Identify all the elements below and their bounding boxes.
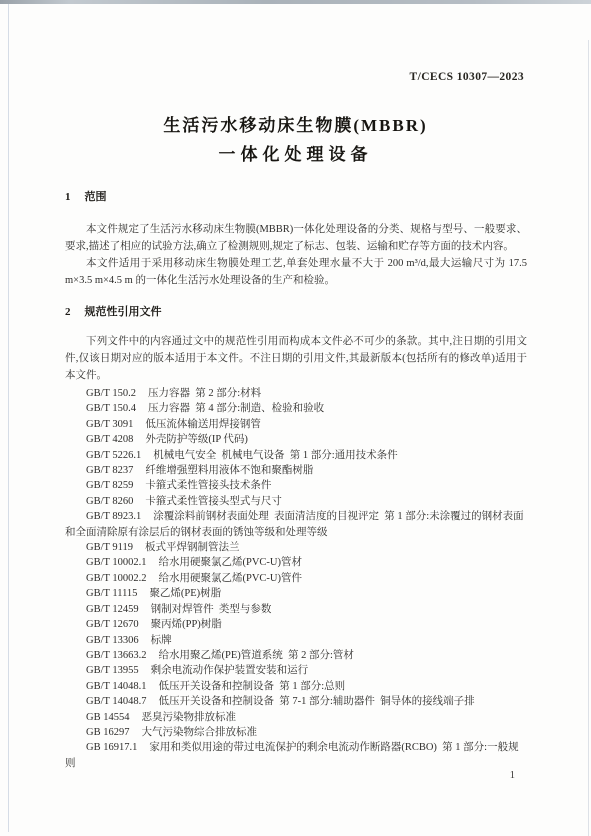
reference-item: GB/T 9119板式平焊钢制管法兰 (65, 540, 527, 555)
section-scope-number: 1 (65, 191, 71, 203)
reference-code: GB 14554 (86, 712, 129, 723)
reference-code: GB/T 13663.2 (86, 650, 146, 661)
reference-item: GB/T 3091低压流体输送用焊接钢管 (65, 417, 527, 432)
reference-title: 给水用聚乙烯(PE)管道系统 第 2 部分:管材 (158, 650, 353, 661)
reference-item: GB/T 12670聚丙烯(PP)树脂 (65, 617, 527, 632)
reference-code: GB 16917.1 (86, 742, 137, 753)
reference-item: GB/T 10002.1给水用硬聚氯乙烯(PVC-U)管材 (65, 555, 527, 570)
reference-title: 低压流体输送用焊接钢管 (145, 419, 261, 430)
document-title: 生活污水移动床生物膜(MBBR) 一体化处理设备 (0, 111, 591, 169)
section-scope-heading: 1范围 (65, 190, 527, 205)
reference-item: GB/T 8923.1涂覆涂料前钢材表面处理 表面清洁度的目视评定 第 1 部分… (65, 509, 527, 540)
reference-item: GB/T 5226.1机械电气安全 机械电气设备 第 1 部分:通用技术条件 (65, 448, 527, 463)
reference-code: GB/T 12670 (86, 619, 139, 630)
reference-title: 压力容器 第 2 部分:材料 (148, 388, 261, 399)
reference-code: GB/T 12459 (86, 604, 139, 615)
document-title-line2: 一体化处理设备 (0, 140, 591, 169)
reference-code: GB/T 13955 (86, 665, 139, 676)
page-content: 1范围 本文件规定了生活污水移动床生物膜(MBBR)一体化处理设备的分类、规格与… (65, 190, 527, 771)
reference-item: GB/T 13955剩余电流动作保护装置安装和运行 (65, 663, 527, 678)
reference-code: GB/T 14048.1 (86, 681, 146, 692)
references-intro: 下列文件中的内容通过文中的规范性引用而构成本文件必不可少的条款。其中,注日期的引… (65, 333, 527, 384)
reference-title: 低压开关设备和控制设备 第 7-1 部分:辅助器件 铜导体的接线端子排 (158, 696, 474, 707)
reference-title: 机械电气安全 机械电气设备 第 1 部分:通用技术条件 (153, 450, 397, 461)
reference-code: GB/T 5226.1 (86, 450, 141, 461)
reference-item: GB 14554恶臭污染物排放标准 (65, 710, 527, 725)
reference-title: 卡箍式柔性管接头技术条件 (145, 480, 271, 491)
references-list: GB/T 150.2压力容器 第 2 部分:材料 GB/T 150.4压力容器 … (65, 386, 527, 771)
reference-item: GB/T 4208外壳防护等级(IP 代码) (65, 432, 527, 447)
reference-item: GB/T 150.2压力容器 第 2 部分:材料 (65, 386, 527, 401)
scan-top-edge (0, 0, 591, 4)
reference-code: GB/T 8260 (86, 496, 133, 507)
reference-title: 钢制对焊管件 类型与参数 (151, 604, 272, 615)
section-scope-title: 范围 (85, 191, 107, 203)
section-references-heading: 2规范性引用文件 (65, 305, 527, 320)
reference-title: 压力容器 第 4 部分:制造、检验和验收 (148, 403, 324, 414)
reference-item: GB/T 13306标牌 (65, 633, 527, 648)
reference-code: GB/T 150.2 (86, 388, 136, 399)
reference-code: GB/T 4208 (86, 434, 133, 445)
document-title-line1: 生活污水移动床生物膜(MBBR) (0, 111, 591, 140)
reference-title: 纤维增强塑料用液体不饱和聚酯树脂 (145, 465, 313, 476)
reference-code: GB/T 9119 (86, 542, 133, 553)
reference-code: GB/T 10002.2 (86, 573, 146, 584)
reference-title: 标牌 (151, 635, 172, 646)
reference-title: 板式平焊钢制管法兰 (145, 542, 240, 553)
reference-item: GB/T 14048.1低压开关设备和控制设备 第 1 部分:总则 (65, 679, 527, 694)
reference-code: GB 16297 (86, 727, 129, 738)
scope-paragraph-1: 本文件规定了生活污水移动床生物膜(MBBR)一体化处理设备的分类、规格与型号、一… (65, 221, 527, 255)
reference-code: GB/T 8923.1 (86, 511, 141, 522)
reference-title: 低压开关设备和控制设备 第 1 部分:总则 (158, 681, 345, 692)
reference-item: GB/T 8259卡箍式柔性管接头技术条件 (65, 478, 527, 493)
reference-code: GB/T 13306 (86, 635, 139, 646)
reference-title: 外壳防护等级(IP 代码) (145, 434, 248, 445)
reference-item: GB/T 13663.2给水用聚乙烯(PE)管道系统 第 2 部分:管材 (65, 648, 527, 663)
reference-code: GB/T 150.4 (86, 403, 136, 414)
reference-code: GB/T 14048.7 (86, 696, 146, 707)
section-references-title: 规范性引用文件 (85, 306, 162, 318)
reference-code: GB/T 3091 (86, 419, 133, 430)
reference-item: GB/T 8260卡箍式柔性管接头型式与尺寸 (65, 494, 527, 509)
reference-title: 卡箍式柔性管接头型式与尺寸 (145, 496, 282, 507)
standard-code: T/CECS 10307—2023 (410, 71, 524, 83)
reference-item: GB/T 12459钢制对焊管件 类型与参数 (65, 602, 527, 617)
reference-title: 聚乙烯(PE)树脂 (149, 588, 221, 599)
reference-title: 恶臭污染物排放标准 (141, 712, 236, 723)
scope-paragraph-2: 本文件适用于采用移动床生物膜处理工艺,单套处理水量不大于 200 m³/d,最大… (65, 255, 527, 289)
document-page: T/CECS 10307—2023 生活污水移动床生物膜(MBBR) 一体化处理… (0, 0, 591, 836)
reference-item: GB/T 11115聚乙烯(PE)树脂 (65, 586, 527, 601)
reference-title: 给水用硬聚氯乙烯(PVC-U)管件 (158, 573, 302, 584)
reference-code: GB/T 8259 (86, 480, 133, 491)
page-number: 1 (510, 770, 515, 781)
reference-title: 大气污染物综合排放标准 (141, 727, 257, 738)
reference-title: 给水用硬聚氯乙烯(PVC-U)管材 (158, 557, 302, 568)
reference-code: GB/T 10002.1 (86, 557, 146, 568)
reference-title: 剩余电流动作保护装置安装和运行 (151, 665, 309, 676)
reference-item: GB/T 14048.7低压开关设备和控制设备 第 7-1 部分:辅助器件 铜导… (65, 694, 527, 709)
reference-code: GB/T 8237 (86, 465, 133, 476)
reference-item: GB/T 10002.2给水用硬聚氯乙烯(PVC-U)管件 (65, 571, 527, 586)
reference-item: GB/T 8237纤维增强塑料用液体不饱和聚酯树脂 (65, 463, 527, 478)
reference-item: GB 16297大气污染物综合排放标准 (65, 725, 527, 740)
reference-item: GB/T 150.4压力容器 第 4 部分:制造、检验和验收 (65, 401, 527, 416)
reference-code: GB/T 11115 (86, 588, 137, 599)
reference-title: 聚丙烯(PP)树脂 (151, 619, 222, 630)
reference-item: GB 16917.1家用和类似用途的带过电流保护的剩余电流动作断路器(RCBO)… (65, 740, 527, 771)
section-references-number: 2 (65, 306, 71, 318)
